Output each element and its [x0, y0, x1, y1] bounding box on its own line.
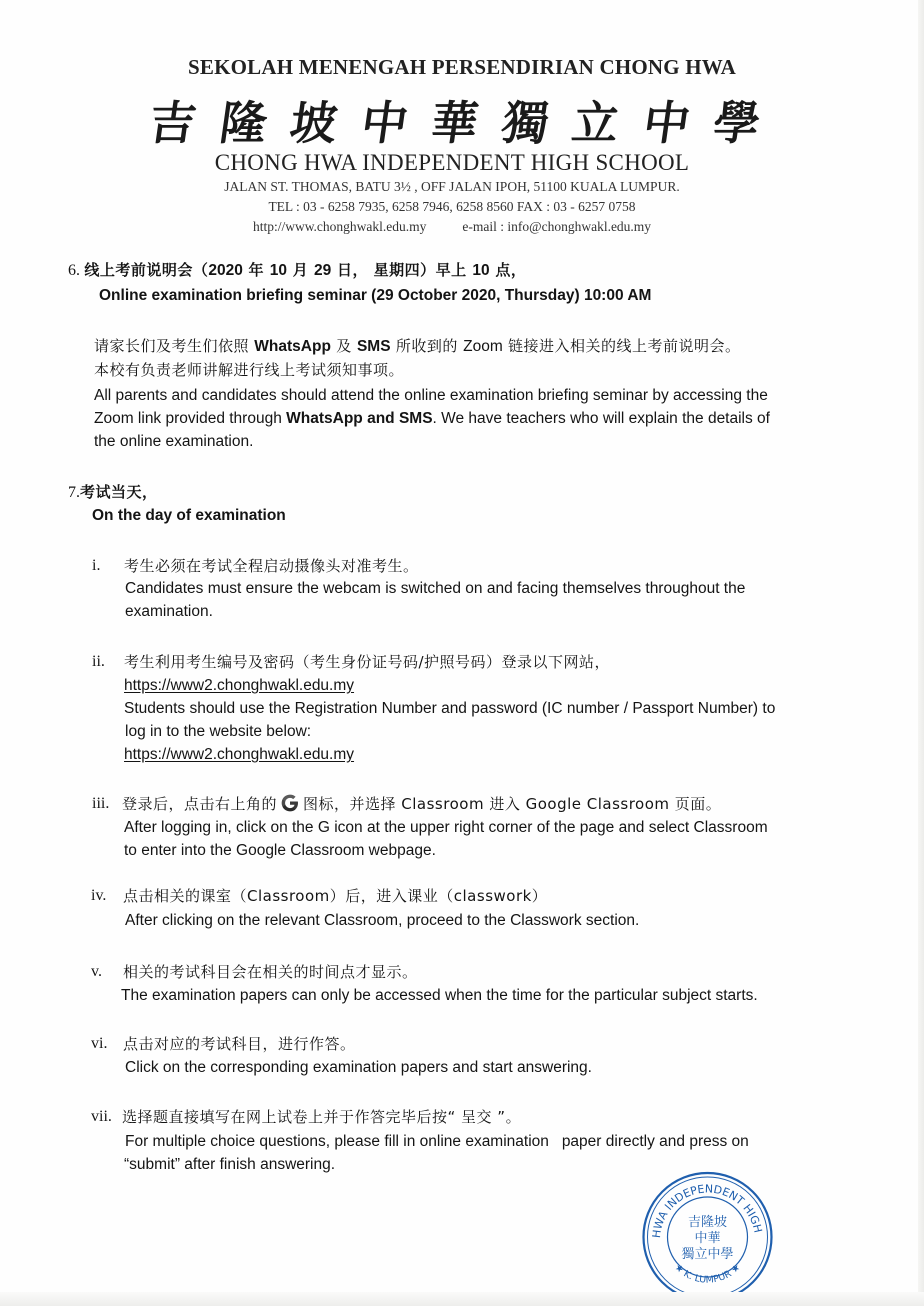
- step-text-zh: 考生必须在考试全程启动摄像头对准考生。: [124, 555, 419, 577]
- step-text: 登录后，点击右上角的: [122, 795, 277, 813]
- step-text-en-1: Click on the corresponding examination p…: [125, 1057, 592, 1079]
- school-phone-fax: TEL : 03 - 6258 7935, 6258 7946, 6258 85…: [0, 199, 904, 215]
- step-text: 图标，并选择 Classroom 进入 Google Classroom 页面。: [303, 795, 721, 813]
- step-text-zh: 点击对应的考试科目，进行作答。: [123, 1033, 356, 1055]
- calligraphy-char: 吉: [145, 87, 200, 153]
- calligraphy-char: 華: [427, 87, 482, 153]
- section-6-body-zh-line-2: 本校有负责老师讲解进行线上考试须知事项。: [94, 359, 404, 381]
- title-text: 线上考前说明会（: [84, 261, 208, 279]
- whatsapp-sms-label: WhatsApp and SMS: [286, 410, 432, 427]
- section-6-title-zh: 6. 线上考前说明会（2020 年 10 月 29 日， 星期四）早上 10 点…: [68, 259, 526, 282]
- step-text-en-1: For multiple choice questions, please fi…: [125, 1131, 749, 1153]
- sms-label: SMS: [357, 338, 391, 355]
- title-text: 日， 星期四）早上: [331, 261, 472, 279]
- stamp-center-line-2: 中華: [694, 1230, 720, 1246]
- body-text: Zoom link provided through: [94, 410, 286, 427]
- step-text-en-1: Candidates must ensure the webcam is swi…: [125, 578, 745, 600]
- scan-edge-shadow: [918, 0, 924, 1306]
- body-text: 所收到的: [391, 337, 464, 355]
- school-name-english: CHONG HWA INDEPENDENT HIGH SCHOOL: [0, 150, 904, 176]
- step-text-en-2: to enter into the Google Classroom webpa…: [124, 840, 436, 862]
- stamp-center-line-1: 吉隆坡: [688, 1214, 727, 1230]
- step-text-en-1: After logging in, click on the G icon at…: [124, 817, 768, 839]
- step-numeral: iii.: [92, 793, 109, 815]
- step-text-zh: 点击相关的课室（Classroom）后，进入课业（classwork）: [123, 885, 547, 907]
- stamp-center-line-3: 獨立中學: [681, 1246, 733, 1262]
- calligraphy-char: 立: [568, 87, 623, 153]
- calligraphy-char: 獨: [498, 87, 553, 153]
- exam-portal-link[interactable]: https://www2.chonghwakl.edu.my: [124, 675, 354, 697]
- title-month: 10: [270, 262, 287, 279]
- body-text: . We have teachers who will explain the …: [433, 410, 770, 427]
- step-text-en-1: After clicking on the relevant Classroom…: [125, 910, 639, 932]
- exam-portal-link[interactable]: https://www2.chonghwakl.edu.my: [124, 744, 354, 766]
- calligraphy-char: 學: [709, 87, 764, 153]
- body-text: 链接进入相关的线上考前说明会。: [503, 337, 741, 355]
- calligraphy-char: 坡: [286, 87, 341, 153]
- section-6-body-zh-line-1: 请家长们及考生们依照 WhatsApp 及 SMS 所收到的 Zoom 链接进入…: [94, 335, 741, 358]
- section-6-title-en: Online examination briefing seminar (29 …: [99, 285, 651, 307]
- body-text: 及: [331, 337, 357, 355]
- step-numeral: vi.: [91, 1033, 107, 1055]
- school-official-stamp: CHONG HWA INDEPENDENT HIGH SCHOOL ★ K. L…: [640, 1170, 775, 1302]
- google-g-icon: [280, 793, 300, 813]
- school-website-link[interactable]: http://www.chonghwakl.edu.my: [253, 219, 426, 234]
- step-text-zh: 相关的考试科目会在相关的时间点才显示。: [123, 961, 418, 983]
- step-text-zh: 选择题直接填写在网上试卷上并于作答完毕后按“ 呈交 ”。: [122, 1106, 521, 1128]
- step-numeral: iv.: [91, 885, 106, 907]
- step-numeral: ii.: [92, 651, 105, 673]
- title-year: 2020: [208, 262, 242, 279]
- school-email[interactable]: e-mail : info@chonghwakl.edu.my: [462, 219, 651, 234]
- scan-edge-shadow: [0, 1292, 924, 1306]
- title-time: 10: [472, 262, 489, 279]
- title-text: 考试当天，: [80, 483, 158, 501]
- whatsapp-label: WhatsApp: [254, 338, 331, 355]
- step-numeral: i.: [92, 555, 100, 577]
- section-7-title-zh: 7.考试当天，: [68, 481, 158, 504]
- stamp-location-text: ★ K. LUMPUR ★: [672, 1262, 743, 1286]
- calligraphy-char: 中: [639, 87, 694, 153]
- step-text-zh: 登录后，点击右上角的 图标，并选择 Classroom 进入 Google Cl…: [122, 793, 721, 816]
- zoom-label: Zoom: [463, 338, 503, 355]
- section-number: 7.: [68, 484, 80, 501]
- document-page: SEKOLAH MENENGAH PERSENDIRIAN CHONG HWA …: [0, 0, 924, 1306]
- section-7-title-en: On the day of examination: [92, 505, 286, 527]
- calligraphy-char: 中: [357, 87, 412, 153]
- section-6-body-en-line-1: All parents and candidates should attend…: [94, 385, 768, 407]
- school-web-contact: http://www.chonghwakl.edu.mye-mail : inf…: [0, 219, 904, 235]
- title-text: 点，: [490, 261, 527, 279]
- step-numeral: vii.: [91, 1106, 112, 1128]
- step-text-en-2: examination.: [125, 601, 213, 623]
- calligraphy-char: 隆: [216, 87, 271, 153]
- title-day: 29: [314, 262, 331, 279]
- step-text-en-1: Students should use the Registration Num…: [124, 698, 775, 720]
- school-name-chinese-calligraphy: 吉 隆 坡 中 華 獨 立 中 學: [150, 88, 760, 152]
- section-6-body-en-line-2: Zoom link provided through WhatsApp and …: [94, 408, 770, 430]
- section-6-body-en-line-3: the online examination.: [94, 431, 253, 453]
- body-text: 请家长们及考生们依照: [94, 337, 254, 355]
- step-text-zh: 考生利用考生编号及密码（考生身份证号码/护照号码）登录以下网站，: [124, 651, 610, 673]
- school-address: JALAN ST. THOMAS, BATU 3½ , OFF JALAN IP…: [0, 179, 904, 195]
- title-text: 月: [287, 261, 314, 279]
- title-text: 年: [243, 261, 270, 279]
- step-text-en-2: log in to the website below:: [125, 721, 311, 743]
- section-number: 6.: [68, 262, 80, 279]
- step-numeral: v.: [91, 961, 102, 983]
- step-text-en-1: The examination papers can only be acces…: [121, 985, 758, 1007]
- school-name-malay: SEKOLAH MENENGAH PERSENDIRIAN CHONG HWA: [0, 55, 924, 80]
- step-text-en-2: “submit” after finish answering.: [124, 1154, 335, 1176]
